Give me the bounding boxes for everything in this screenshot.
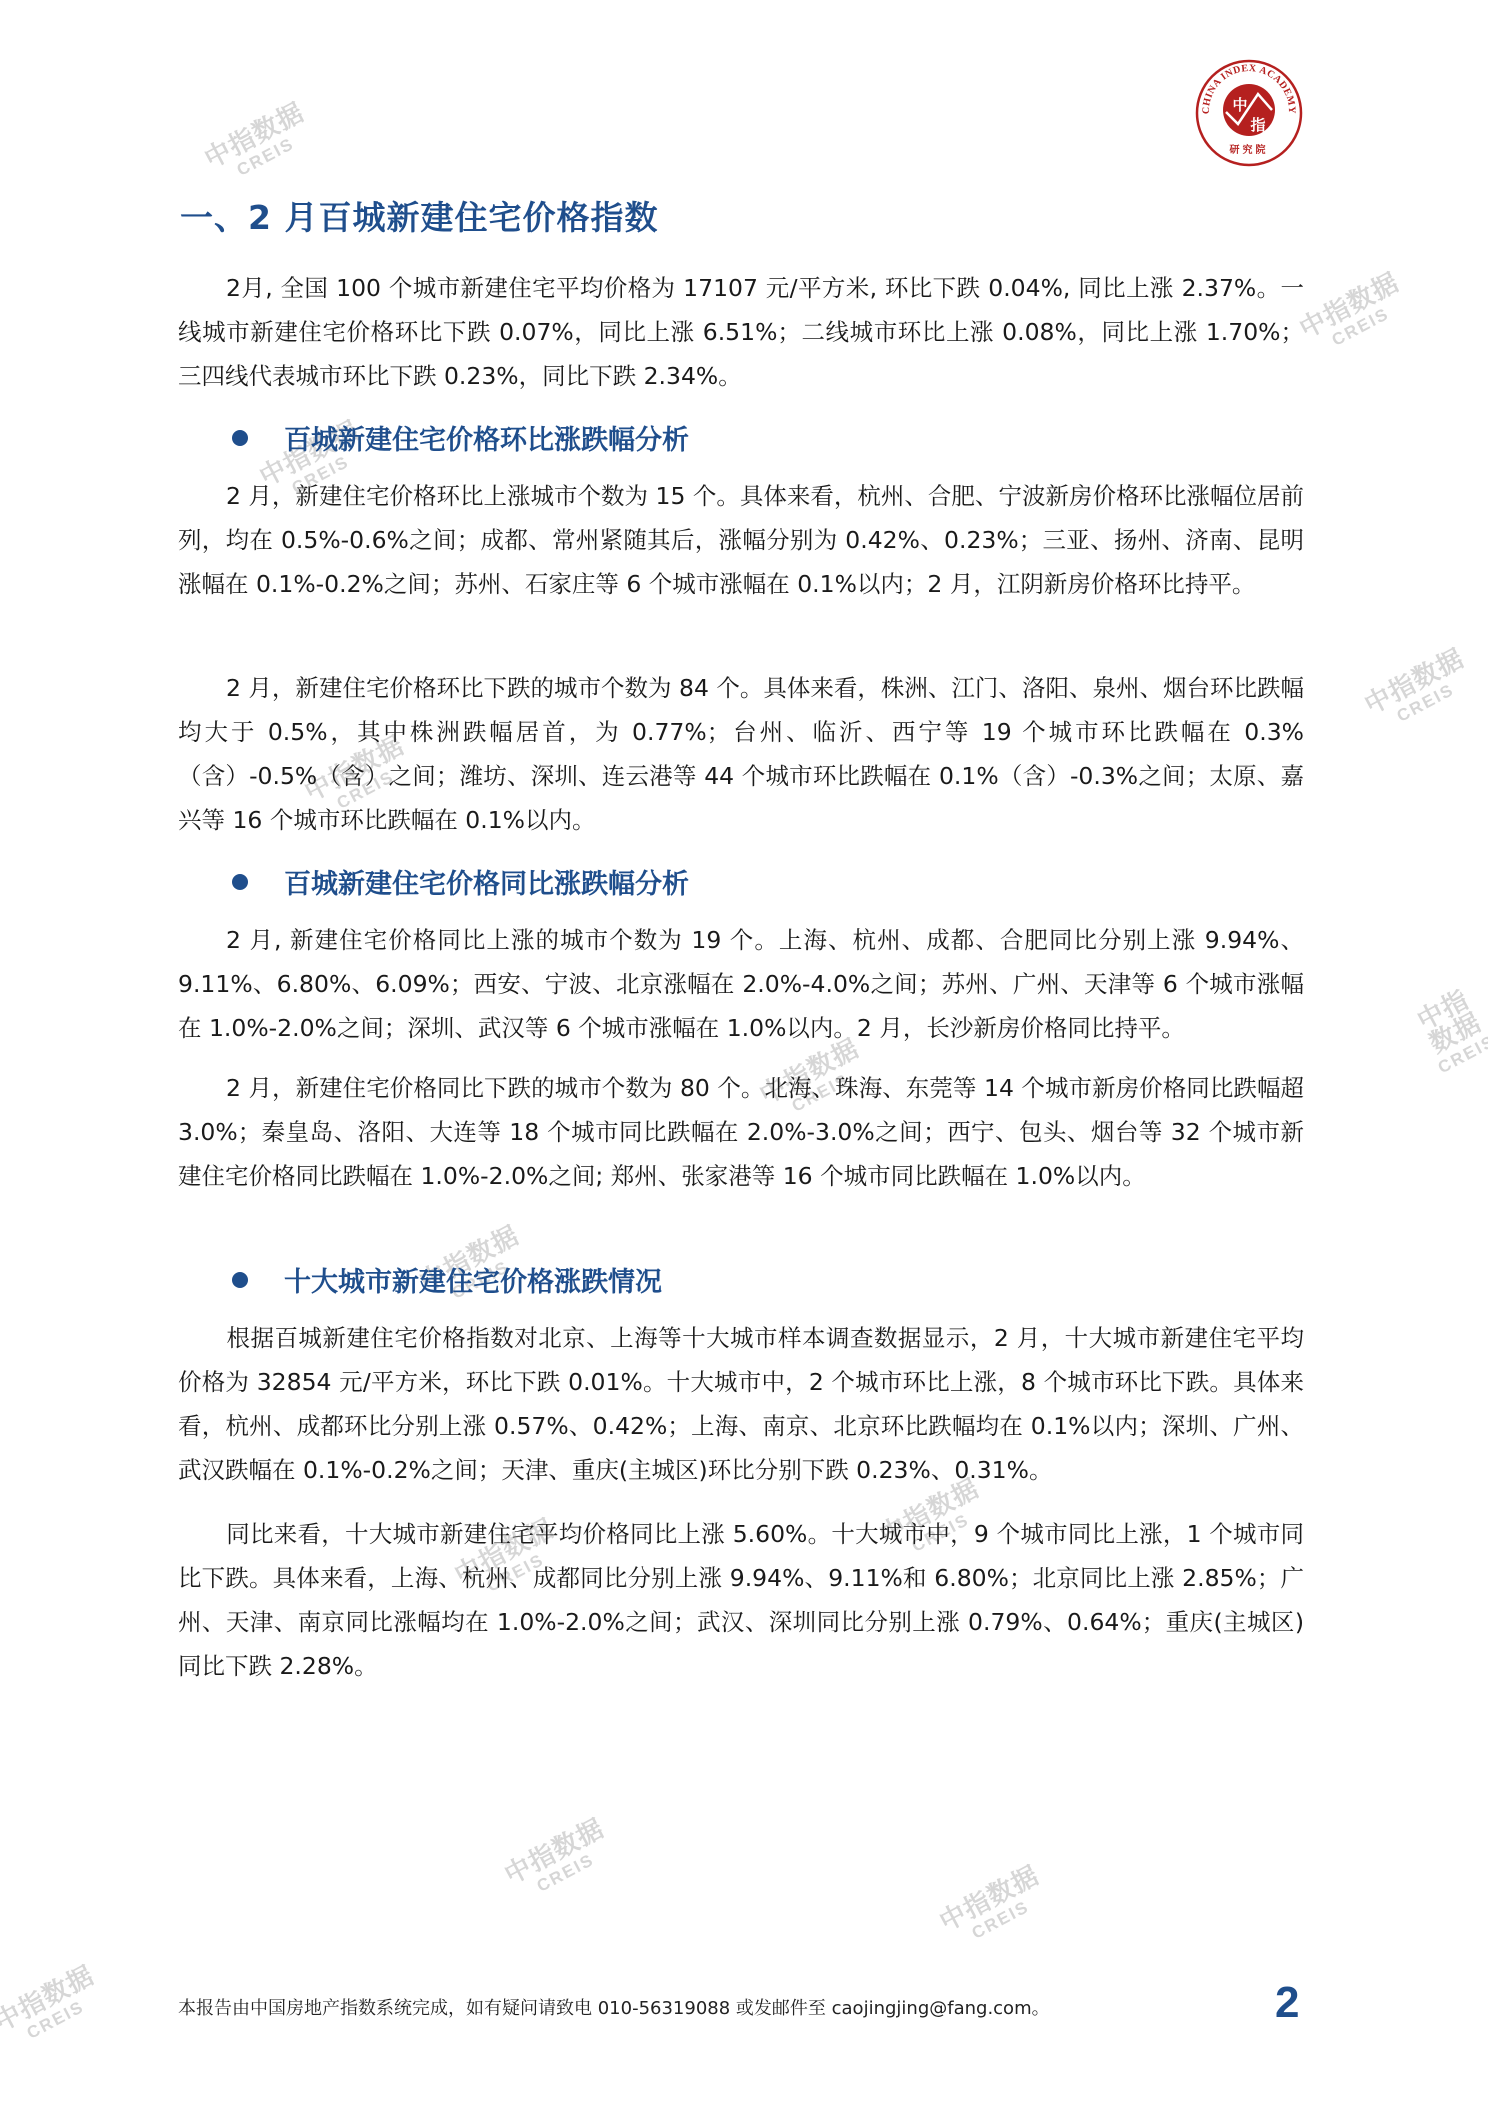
svg-text:指: 指 xyxy=(1249,116,1265,134)
report-page: 中指数据CREIS 中指数据CREIS 中指数据CREIS 中指数据CREIS … xyxy=(0,0,1488,2104)
paragraph-mom-rise: 2 月，新建住宅价格环比上涨城市个数为 15 个。具体来看，杭州、合肥、宁波新房… xyxy=(178,474,1304,606)
svg-text:中: 中 xyxy=(1232,96,1247,114)
watermark: 中指数据CREIS xyxy=(201,99,317,189)
bullet-icon xyxy=(232,874,248,890)
bullet-icon xyxy=(232,1272,248,1288)
paragraph-mom-fall: 2 月，新建住宅价格环比下跌的城市个数为 84 个。具体来看，株洲、江门、洛阳、… xyxy=(178,666,1304,842)
svg-text:研究院: 研究院 xyxy=(1230,143,1269,156)
subsection-heading-yoy: 百城新建住宅价格同比涨跌幅分析 xyxy=(232,862,689,901)
watermark: 中指数据CREIS xyxy=(1296,269,1412,359)
watermark: 中指数据CREIS xyxy=(936,1862,1052,1952)
paragraph-yoy-fall: 2 月，新建住宅价格同比下跌的城市个数为 80 个。北海、珠海、东莞等 14 个… xyxy=(178,1066,1304,1198)
watermark: 中指数据CREIS xyxy=(1407,983,1488,1078)
subsection-heading-top10: 十大城市新建住宅价格涨跌情况 xyxy=(232,1260,662,1299)
paragraph-top10-yoy: 同比来看，十大城市新建住宅平均价格同比上涨 5.60%。十大城市中，9 个城市同… xyxy=(178,1512,1304,1688)
bullet-icon xyxy=(232,430,248,446)
paragraph-top10-mom: 根据百城新建住宅价格指数对北京、上海等十大城市样本调查数据显示，2 月，十大城市… xyxy=(178,1316,1304,1492)
watermark: 中指数据CREIS xyxy=(501,1815,617,1905)
section-title: 一、2 月百城新建住宅价格指数 xyxy=(180,192,658,239)
watermark: 中指数据CREIS xyxy=(0,1962,107,2052)
watermark: 中指数据CREIS xyxy=(1361,645,1477,735)
intro-paragraph: 2月, 全国 100 个城市新建住宅平均价格为 17107 元/平方米, 环比下… xyxy=(178,266,1304,398)
paragraph-yoy-rise: 2 月, 新建住宅价格同比上涨的城市个数为 19 个。上海、杭州、成都、合肥同比… xyxy=(178,918,1304,1050)
subsection-heading-mom: 百城新建住宅价格环比涨跌幅分析 xyxy=(232,418,689,457)
china-index-academy-logo: CHINA INDEX ACADEMY 中 指 研究院 xyxy=(1194,58,1304,168)
page-number: 2 xyxy=(1275,1978,1299,2028)
footer-contact-note: 本报告由中国房地产指数系统完成，如有疑问请致电 010-56319088 或发邮… xyxy=(178,1994,1050,2020)
